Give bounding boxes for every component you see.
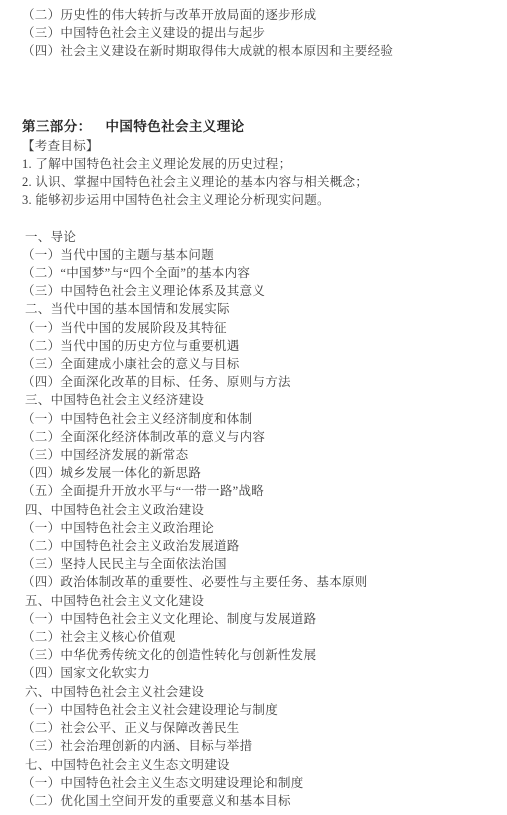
previous-section-line: （四）社会主义建设在新时期取得伟大成就的根本原因和主要经验	[22, 42, 499, 60]
section-heading-title: 中国特色社会主义理论	[106, 119, 245, 134]
outline-item-line: （四）全面深化改革的目标、任务、原则与方法	[22, 373, 499, 391]
section-heading-label: 第三部分：	[22, 119, 92, 134]
document-page: （二）历史性的伟大转折与改革开放局面的逐步形成（三）中国特色社会主义建设的提出与…	[0, 0, 507, 815]
outline-item-line: （一）当代中国的主题与基本问题	[22, 246, 499, 264]
outline-item-line: （四）国家文化软实力	[22, 664, 499, 682]
previous-section-line: （三）中国特色社会主义建设的提出与起步	[22, 24, 499, 42]
outline-item-line: （五）全面提升开放水平与“一带一路”战略	[22, 482, 499, 500]
outline-item-line: （一）中国特色社会主义社会建设理论与制度	[22, 701, 499, 719]
objective-line: 1. 了解中国特色社会主义理论发展的历史过程；	[22, 155, 499, 173]
objective-line: 3. 能够初步运用中国特色社会主义理论分析现实问题。	[22, 191, 499, 209]
outline-item-line: （三）中国经济发展的新常态	[22, 446, 499, 464]
outline-item-line: （三）中华优秀传统文化的创造性转化与创新性发展	[22, 646, 499, 664]
outline-chapter-line: 六、中国特色社会主义社会建设	[22, 683, 499, 701]
outline-chapter-line: 三、中国特色社会主义经济建设	[22, 391, 499, 409]
outline-item-line: （一）中国特色社会主义文化理论、制度与发展道路	[22, 610, 499, 628]
section-heading: 第三部分：中国特色社会主义理论	[22, 116, 499, 137]
outline-item-line: （二）当代中国的历史方位与重要机遇	[22, 337, 499, 355]
outline-item-line: （二）优化国土空间开发的重要意义和基本目标	[22, 792, 499, 810]
outline-chapter-line: 二、当代中国的基本国情和发展实际	[22, 300, 499, 318]
outline-item-line: （三）中国特色社会主义理论体系及其意义	[22, 282, 499, 300]
outline-chapter-line: 一、导论	[22, 228, 499, 246]
outline-item-line: （一）当代中国的发展阶段及其特征	[22, 319, 499, 337]
outline-chapter-line: 五、中国特色社会主义文化建设	[22, 592, 499, 610]
outline-item-line: （三）坚持人民民主与全面依法治国	[22, 555, 499, 573]
outline-list: 一、导论（一）当代中国的主题与基本问题（二）“中国梦”与“四个全面”的基本内容（…	[22, 228, 499, 811]
outline-item-line: （二）“中国梦”与“四个全面”的基本内容	[22, 264, 499, 282]
outline-item-line: （二）社会公平、正义与保障改善民生	[22, 719, 499, 737]
outline-item-line: （四）政治体制改革的重要性、必要性与主要任务、基本原则	[22, 573, 499, 591]
outline-chapter-line: 四、中国特色社会主义政治建设	[22, 501, 499, 519]
outline-item-line: （二）全面深化经济体制改革的意义与内容	[22, 428, 499, 446]
outline-item-line: （二）社会主义核心价值观	[22, 628, 499, 646]
outline-item-line: （三）全面建成小康社会的意义与目标	[22, 355, 499, 373]
blank-line	[22, 209, 499, 227]
outline-item-line: （二）中国特色社会主义政治发展道路	[22, 537, 499, 555]
previous-section-tail: （二）历史性的伟大转折与改革开放局面的逐步形成（三）中国特色社会主义建设的提出与…	[22, 6, 499, 61]
objectives-header: 【考查目标】	[22, 137, 499, 155]
objective-line: 2. 认识、掌握中国特色社会主义理论的基本内容与相关概念；	[22, 173, 499, 191]
outline-item-line: （一）中国特色社会主义经济制度和体制	[22, 410, 499, 428]
outline-item-line: （一）中国特色社会主义生态文明建设理论和制度	[22, 774, 499, 792]
outline-item-line: （一）中国特色社会主义政治理论	[22, 519, 499, 537]
outline-chapter-line: 七、中国特色社会主义生态文明建设	[22, 756, 499, 774]
objectives-list: 1. 了解中国特色社会主义理论发展的历史过程；2. 认识、掌握中国特色社会主义理…	[22, 155, 499, 210]
previous-section-line: （二）历史性的伟大转折与改革开放局面的逐步形成	[22, 6, 499, 24]
outline-item-line: （四）城乡发展一体化的新思路	[22, 464, 499, 482]
outline-item-line: （三）社会治理创新的内涵、目标与举措	[22, 737, 499, 755]
